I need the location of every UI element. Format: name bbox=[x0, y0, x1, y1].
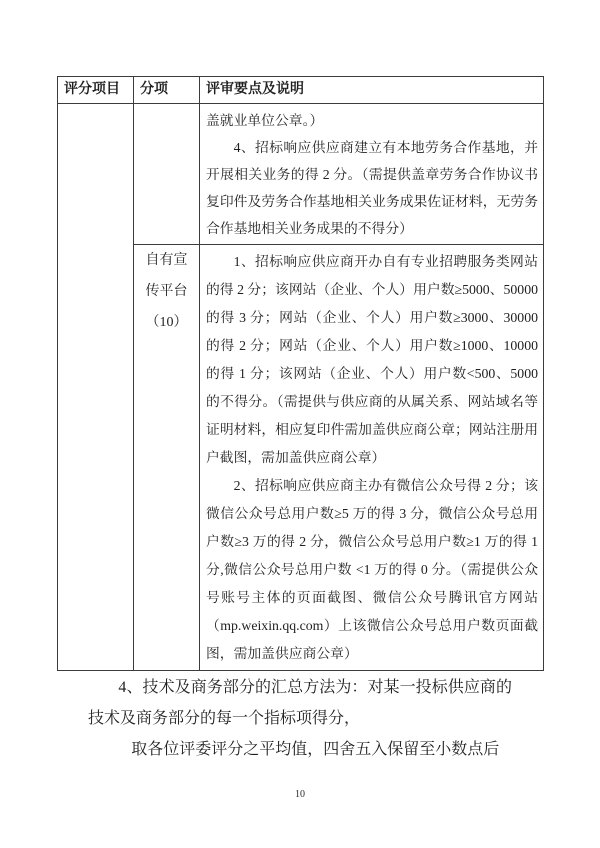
subitem-label-line: 自有宣 bbox=[136, 245, 197, 276]
document-viewport: { "page": { "number": "10" }, "colors": … bbox=[0, 0, 600, 848]
header-subitem: 分项 bbox=[134, 77, 200, 104]
summary-paragraph: 取各位评委评分之平均值，四舍五入保留至小数点后 bbox=[88, 734, 512, 765]
review-points-cell: 1、招标响应供应商开办自有专业招聘服务类网站的得 2 分；该网站（企业、个人）用… bbox=[200, 245, 544, 671]
review-paragraph-item4: 4、招标响应供应商建立有本地劳务合作基地，并开展相关业务的得 2 分。（需提供盖… bbox=[206, 134, 538, 242]
subitem-label-line: 传平台 bbox=[136, 276, 197, 307]
table-header-row: 评分项目 分项 评审要点及说明 bbox=[58, 77, 544, 104]
table-row: 盖就业单位公章。） 4、招标响应供应商建立有本地劳务合作基地，并开展相关业务的得… bbox=[58, 104, 544, 245]
review-points-cell: 盖就业单位公章。） 4、招标响应供应商建立有本地劳务合作基地，并开展相关业务的得… bbox=[200, 104, 544, 245]
subitem-cell-empty bbox=[134, 104, 200, 245]
subitem-score: （10） bbox=[136, 307, 197, 338]
summary-method-text: 4、技术及商务部分的汇总方法为：对某一投标供应商的技术及商务部分的每一个指标项得… bbox=[88, 672, 512, 765]
header-scoring-item: 评分项目 bbox=[58, 77, 134, 104]
header-review-points: 评审要点及说明 bbox=[200, 77, 544, 104]
scoring-criteria-table: 评分项目 分项 评审要点及说明 盖就业单位公章。） 4、招标响应供应商建立有本地… bbox=[57, 76, 544, 671]
scoring-item-cell-empty bbox=[58, 104, 134, 671]
document-page: 评分项目 分项 评审要点及说明 盖就业单位公章。） 4、招标响应供应商建立有本地… bbox=[0, 0, 600, 848]
review-paragraph-item1: 1、招标响应供应商开办自有专业招聘服务类网站的得 2 分；该网站（企业、个人）用… bbox=[206, 248, 538, 472]
subitem-cell: 自有宣 传平台 （10） bbox=[134, 245, 200, 671]
review-paragraph-continuation: 盖就业单位公章。） bbox=[206, 107, 538, 134]
review-paragraph-item2: 2、招标响应供应商主办有微信公众号得 2 分；该微信公众号总用户数≥5 万的得 … bbox=[206, 472, 538, 668]
summary-paragraph: 4、技术及商务部分的汇总方法为：对某一投标供应商的技术及商务部分的每一个指标项得… bbox=[88, 672, 512, 734]
page-number: 10 bbox=[0, 789, 600, 800]
